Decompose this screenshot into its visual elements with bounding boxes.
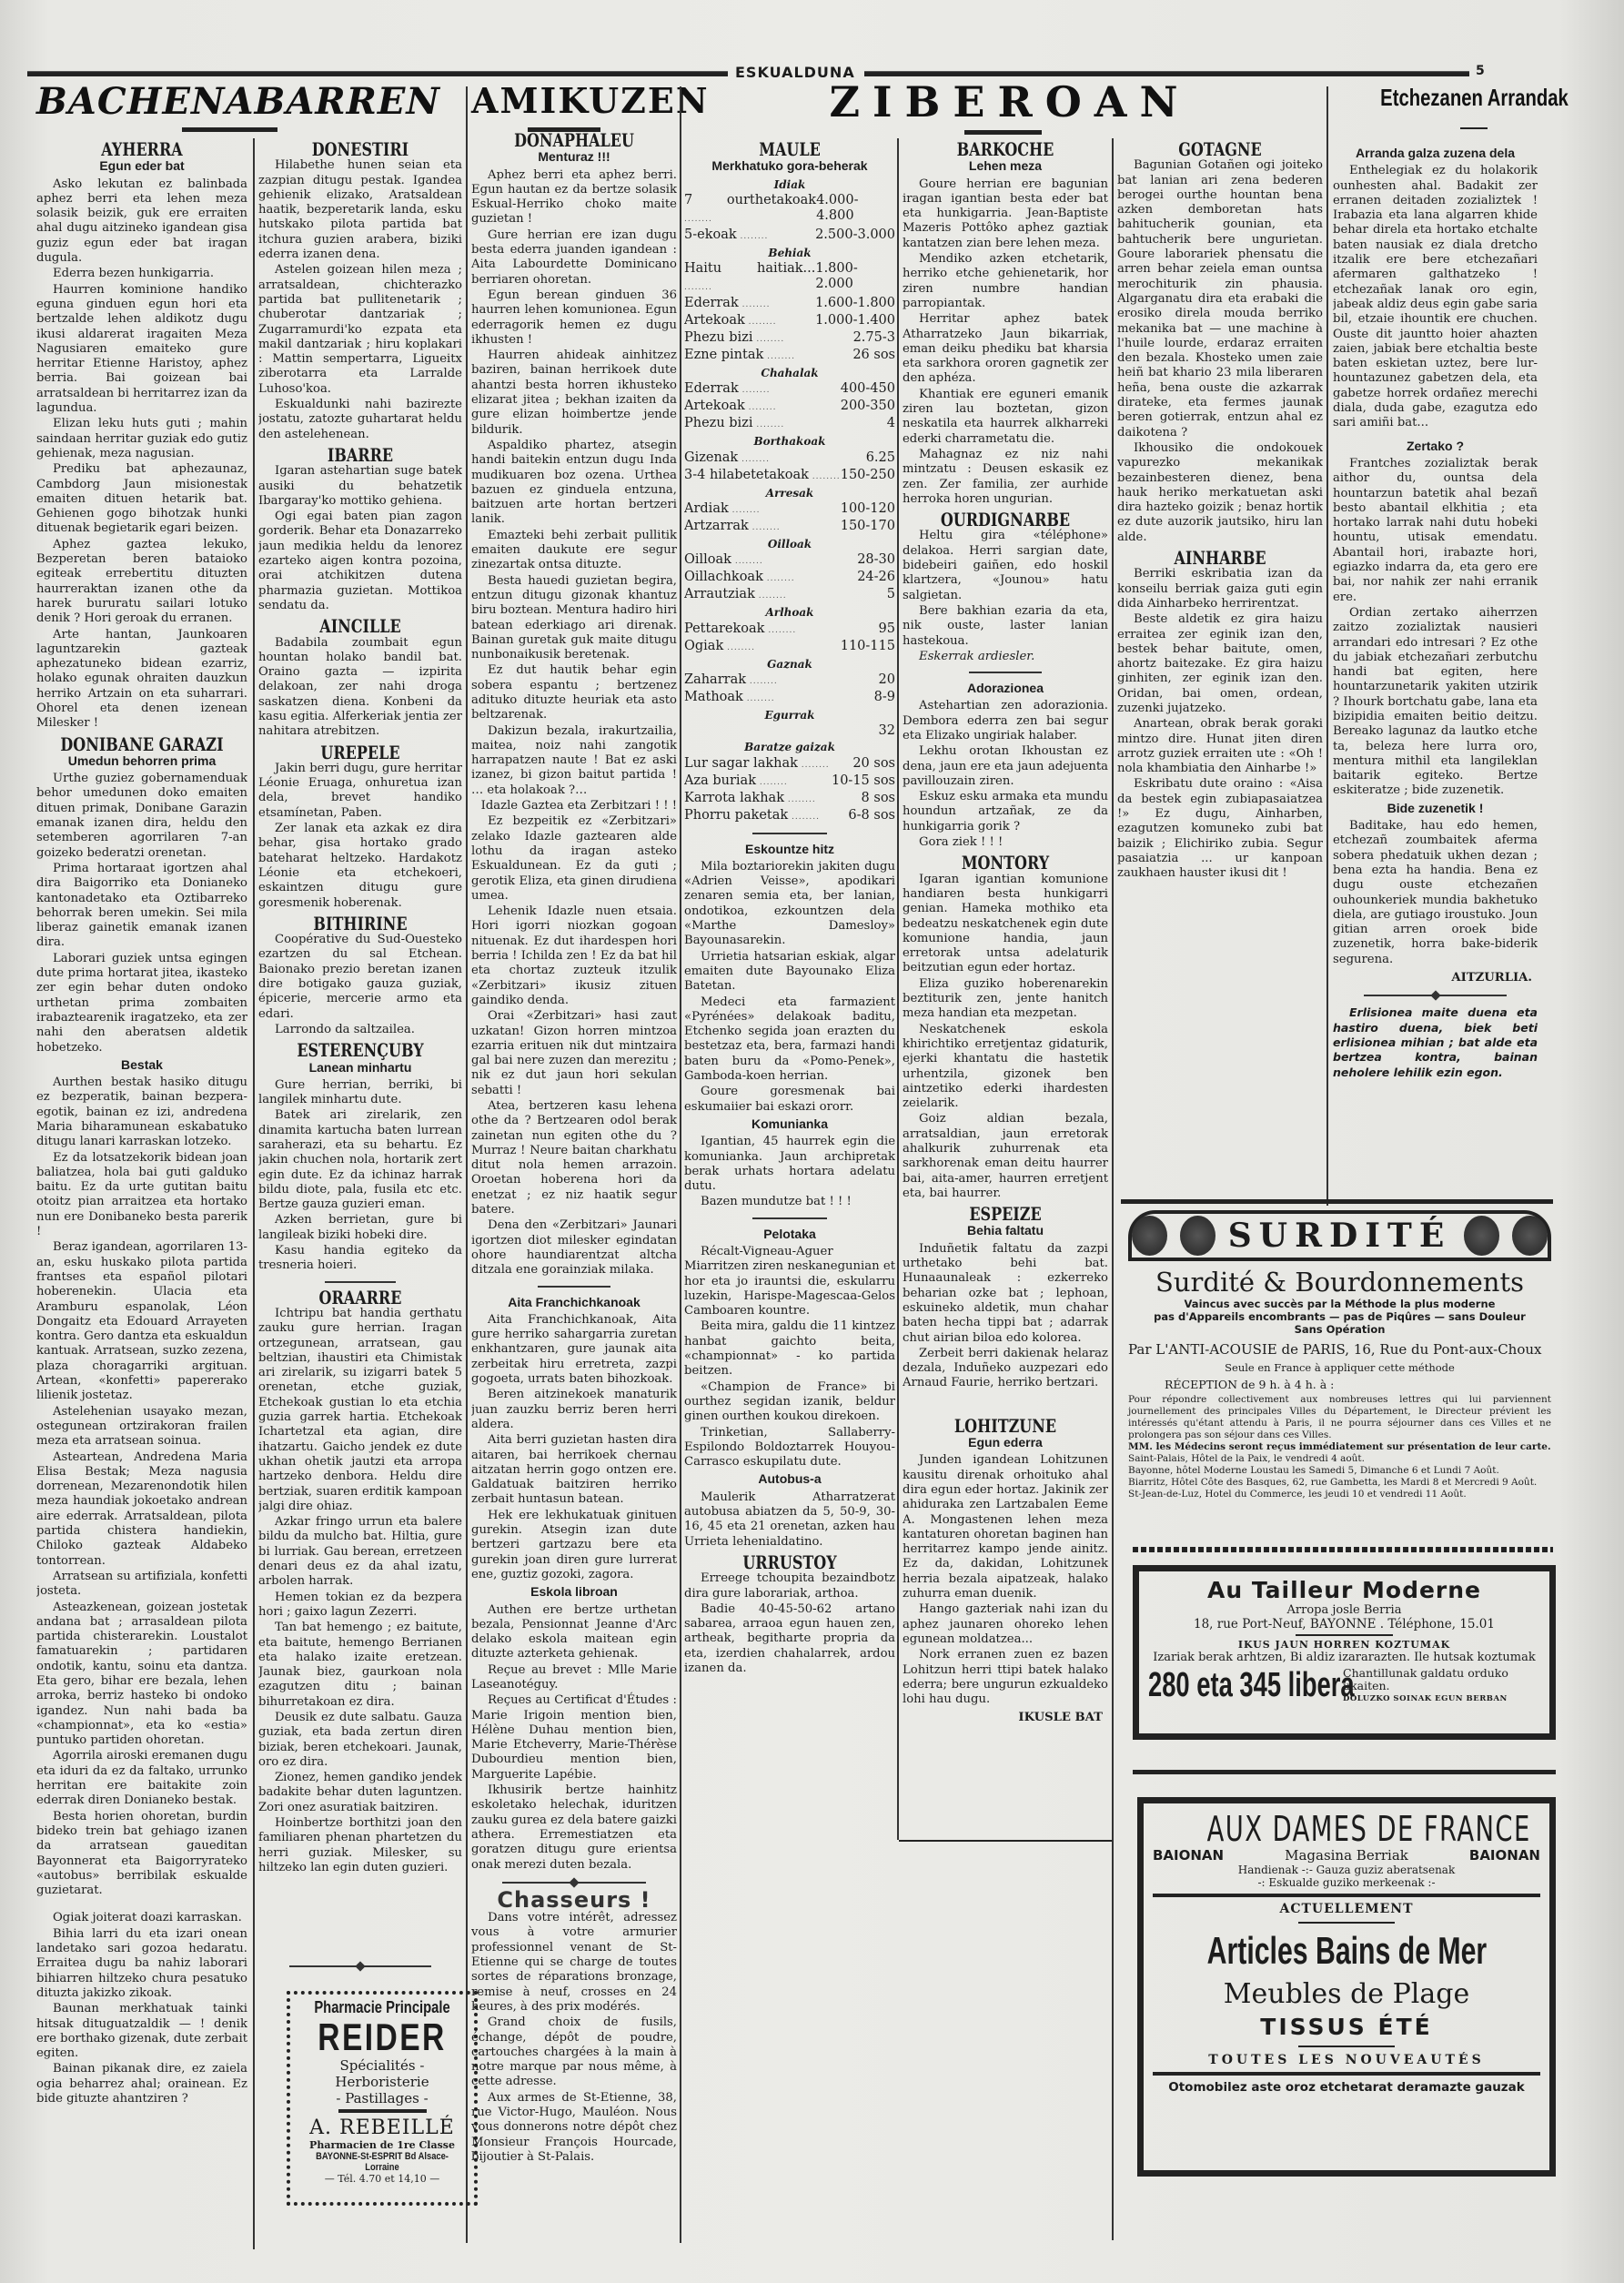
paragraph: Arte hantan, Jaunkoaren laguntzarekin ga… (36, 628, 247, 732)
paragraph: Baunan merkhatuak tainki hitsak dituguat… (36, 2002, 247, 2061)
ad-body-text: Pour répondre collectivement aux nombreu… (1128, 1394, 1551, 1441)
price-value: 6.25 (866, 450, 895, 468)
price-item: Zaharrak (684, 672, 778, 690)
column-rule (1326, 86, 1328, 1206)
paragraph: Goure goresmenak bai eskumaiier bai eska… (684, 1085, 895, 1115)
article-heading-aincille: AINCILLE (278, 619, 441, 633)
paragraph: Besta horien ohoretan, burdin bideko tre… (36, 1810, 247, 1899)
ad-tailleur-moderne: Au Tailleur Moderne Arropa josle Berria … (1133, 1565, 1556, 1740)
paragraph: Ederra bezen hunkigarria. (36, 267, 247, 281)
paragraph: Mila boztariorekin jakiten dugu «Adrien … (684, 860, 895, 949)
masthead-rule-left (27, 71, 728, 76)
paragraph: Batek ari zirelarik, zen dinamita kartuc… (258, 1108, 462, 1212)
price-row: Ezne pintak26 sos (684, 348, 895, 365)
paragraph: Asteazkenean, goizean jostetak andana ba… (36, 1601, 247, 1749)
paragraph: Igantian, 45 haurrek egin die komunianka… (684, 1135, 895, 1194)
paragraph: Dakizun bezala, irakurtzailia, maitea, n… (471, 724, 677, 798)
paragraph: Reçues au Certificat d'Études : Marie Ir… (471, 1693, 677, 1783)
ad-line: Seule en France à appliquer cette méthod… (1128, 1361, 1551, 1374)
article-heading-autobusa: Autobus-a (684, 1471, 895, 1486)
price-row: 32 (684, 723, 895, 739)
ad-divider-wrap (258, 1956, 462, 1984)
price-item: Artekoak (684, 399, 777, 416)
decorative-orb-icon (1180, 1216, 1215, 1256)
price-value: 1.000-1.400 (815, 313, 895, 330)
masthead-rule-right (864, 71, 1469, 76)
ornamental-divider (289, 1965, 432, 1967)
paragraph: Asteartean, Andredena Maria Elisa Bestak… (36, 1450, 247, 1569)
ad-line: TOUTES LES NOUVEAUTÉS (1153, 2053, 1540, 2067)
price-group-heading: Borthakoak (684, 434, 895, 449)
paragraph: Igaran astehartian suge batek ausiki du … (258, 464, 462, 509)
price-row: Ederrak1.600-1.800 (684, 296, 895, 313)
ad-body: Pour répondre collectivement aux nombreu… (1128, 1394, 1551, 1500)
article-heading-aita: Aita Franchichkanoak (471, 1295, 677, 1309)
price-group-heading: Oilloak (684, 537, 895, 551)
price-group-heading: Gaznak (684, 657, 895, 672)
ad-line: ACTUELLEMENT (1153, 1902, 1540, 1916)
column-etchezanen: Arranda galza zuzena dela Enthelegiak ez… (1333, 136, 1538, 1192)
paragraph: Azkar fringo urrun eta balere bildu da m… (258, 1515, 462, 1589)
paragraph: Eskribatu dute oraino : «Aisa da bestek … (1117, 777, 1323, 881)
paragraph: Medeci eta farmazient «Pyrénées» delakoa… (684, 995, 895, 1085)
price-item: Mathoak (684, 690, 775, 707)
price-item: Lur sagar lakhak (684, 756, 830, 773)
article-heading-bithirine: BITHIRINE (278, 916, 441, 931)
price-group-heading: Arlhoak (684, 605, 895, 620)
ad-line: Pharmacien de 1re Classe (294, 2139, 470, 2151)
title-rule (182, 127, 277, 132)
price-group-heading: Arresak (684, 486, 895, 500)
paragraph: Lekhu orotan Ikhoustan ez dena, jaun ere… (903, 744, 1108, 789)
ad-line: Sans Opération (1128, 1323, 1551, 1336)
price-item: Ogiak (684, 639, 755, 656)
region-title-ziberoan: ZIBEROAN (691, 77, 1328, 126)
price-value: 5 (887, 587, 895, 604)
column-rule (680, 86, 681, 2243)
column-ziberoan-barkoche: BARKOCHE Lehen meza Goure herrian ere ba… (903, 136, 1108, 2229)
ornamental-divider (1364, 995, 1508, 996)
price-value: 1.600-1.800 (815, 296, 895, 313)
ad-line: Spécialités - Herboristerie (294, 2057, 470, 2090)
title-rule (964, 130, 1042, 135)
price-row: Mathoak8-9 (684, 690, 895, 707)
paragraph: Ez da lotsatzekorik bidean joan baliatze… (36, 1151, 247, 1240)
price-row: Aza buriak10-15 sos (684, 773, 895, 791)
ad-aux-dames-de-france: AUX DAMES DE FRANCE BAIONAN Magasina Ber… (1137, 1797, 1556, 2177)
ad-brand: REIDER (311, 2017, 452, 2057)
paragraph: Eskuz esku armaka eta mundu houndun artz… (903, 790, 1108, 834)
ad-title: AUX DAMES DE FRANCE (1207, 1809, 1487, 1849)
column-bachenabarren-2: DONESTIRI Hilabethe hunen seian eta zazp… (258, 136, 462, 1984)
ad-line: pas d'Appareils encombrants — pas de Piq… (1128, 1310, 1551, 1323)
ad-line: - Pastillages - (294, 2090, 470, 2106)
paragraph: Beraz igandean, agorrilaren 13-an, esku … (36, 1240, 247, 1403)
article-heading-adorazionea: Adorazionea (903, 681, 1108, 695)
article-heading-urrustoy: URRUSTOY (705, 1555, 874, 1570)
section-divider (969, 672, 1041, 673)
signature: IKUSLE BAT (903, 1711, 1103, 1725)
paragraph: Dena den «Zerbitzari» Jaunari igortzen d… (471, 1218, 677, 1278)
price-value: 10-15 sos (832, 773, 895, 791)
price-value: 100-120 (841, 501, 895, 519)
price-item: Gizenak (684, 450, 770, 468)
ad-address: Par L'ANTI-ACOUSIE de PARIS, 16, Rue du … (1128, 1341, 1551, 1358)
paragraph: Urrietia hatsarian eskiak, algar emaiten… (684, 950, 895, 995)
price-group-heading: Chahalak (684, 366, 895, 380)
price-row: Artzarrak150-170 (684, 519, 895, 536)
ad-shop: Magasina Berriak (1285, 1847, 1408, 1864)
paragraph: Beita mira, galdu die 11 kintzez hanbat … (684, 1319, 895, 1379)
article-subheading: Behia faltatu (903, 1223, 1108, 1237)
price-item: 3-4 hilabetetakoak (684, 468, 841, 485)
price-item: Ezne pintak (684, 348, 795, 365)
ad-address: 18, rue Port-Neuf, BAYONNE . Téléphone, … (1148, 1617, 1540, 1631)
price-item: Pettarekoak (684, 621, 796, 639)
price-item: 7 ourthetakoak (684, 193, 816, 227)
ad-rule (1153, 2072, 1540, 2076)
signature: Eskerrak ardiesler. (903, 650, 1108, 664)
ad-price: 280 eta 345 libera (1148, 1666, 1318, 1705)
ad-line: Chantillunak galdatu orduko ukaiten. (1343, 1667, 1540, 1692)
paragraph: Goiz aldian bezala, arratsaldian, jaun e… (903, 1112, 1108, 1201)
price-value: 32 (879, 723, 895, 739)
price-row: 5-ekoak2.500-3.000 (684, 227, 895, 245)
paragraph: Astelehenian usayako mezan, ostegunean o… (36, 1405, 247, 1450)
price-value: 28-30 (857, 552, 895, 570)
price-value: 4 (887, 416, 895, 433)
column-amikuzen: DONAPHALEU Menturaz !!! Aphez berri eta … (471, 127, 677, 2248)
paragraph: Arratsean su artifiziala, konfetti joste… (36, 1570, 247, 1600)
price-row: 7 ourthetakoak4.000-4.800 (684, 193, 895, 227)
price-row: Ardiak100-120 (684, 501, 895, 519)
price-item: Phezu bizi (684, 330, 784, 348)
article-heading-eskola: Eskola libroan (471, 1584, 677, 1599)
ad-side: Chantillunak galdatu orduko ukaiten. DOL… (1343, 1667, 1540, 1705)
price-item: Ardiak (684, 501, 761, 519)
price-value: 6-8 sos (848, 808, 895, 825)
market-price-table: Idiak7 ourthetakoak4.000-4.8005-ekoak2.5… (684, 177, 895, 825)
paragraph: Goure herrian ere bagunian iragan iganti… (903, 177, 1108, 251)
paragraph: Aurthen bestak hasiko ditugu ez bezperat… (36, 1076, 247, 1149)
paragraph: Beren aitzinekoek manaturik juan zauzku … (471, 1388, 677, 1432)
paragraph: Ikhusirik bertze hainhitz eskoletako hel… (471, 1783, 677, 1873)
paragraph: Emazteki behi zerbait pullitik emaiten d… (471, 529, 677, 573)
article-heading-zertako: Zertako ? (1333, 439, 1538, 453)
ad-schedule-item: St-Jean-de-Luz, Hotel du Commerce, les j… (1128, 1489, 1551, 1500)
price-group-heading: Idiak (684, 177, 895, 192)
paragraph: Hango gazteriak nahi izan du aphez jauna… (903, 1602, 1108, 1647)
ad-line: Pharmacie Principale (309, 1998, 454, 2017)
article-subheading: Lanean minhartu (258, 1060, 462, 1075)
price-value: 110-115 (841, 639, 895, 656)
paragraph: Bere bakhian ezaria da eta, nik ouste, l… (903, 604, 1108, 649)
article-heading-arranda: Arranda galza zuzena dela (1333, 146, 1538, 160)
price-item: Phezu bizi (684, 416, 784, 433)
price-value: 1.800-2.000 (815, 261, 895, 296)
decorative-orb-icon (1464, 1216, 1499, 1256)
ad-surdite: SURDITÉ Surdité & Bourdonnements Vaincus… (1128, 1210, 1551, 1500)
price-item: Artzarrak (684, 519, 781, 536)
price-value: 26 sos (852, 348, 895, 365)
column-ziberoan-maule: MAULE Merkhatuko gora-beherak Idiak7 our… (684, 136, 895, 2229)
dashed-rule (1133, 1547, 1553, 1552)
paragraph: Baditake, hau edo hemen, etchezañ zoumba… (1333, 819, 1538, 967)
paragraph: Khantiak ere eguneri emanik ziren lau bo… (903, 388, 1108, 447)
column-rule (1112, 138, 1114, 2240)
article-heading-bide: Bide zuzenetik ! (1333, 801, 1538, 815)
paragraph: Aspaldiko phartez, atsegin handi baiteki… (471, 439, 677, 528)
paragraph: Maulerik Atharratzerat autobusa abiatzen… (684, 1490, 895, 1550)
paragraph: Igaran igantian komunione handiaren best… (903, 873, 1108, 976)
section-divider (538, 1286, 610, 1288)
paragraph: Egun berean ginduen 36 haurren lehen kom… (471, 288, 677, 348)
paragraph: Astehartian zen adorazionia. Dembora ede… (903, 699, 1108, 743)
paragraph: Ez dut hautik behar egin sobera espantu … (471, 663, 677, 722)
price-item: Ederrak (684, 381, 771, 399)
price-item: Artekoak (684, 313, 777, 330)
ad-heading-chasseurs: Chasseurs ! (471, 1893, 677, 1907)
price-row: Phezu bizi2.75-3 (684, 330, 895, 348)
price-item: Ederrak (684, 296, 771, 313)
paragraph: Larrondo da saltzailea. (258, 1023, 462, 1037)
ad-city: BAIONAN (1153, 1847, 1224, 1864)
article-heading-montory: MONTORY (923, 855, 1088, 870)
price-group-heading: Baratze gaizak (684, 740, 895, 754)
article-heading-ainharbe: AINHARBE (1138, 551, 1303, 565)
price-value: 20 (879, 672, 895, 690)
ad-rule (1296, 1634, 1394, 1636)
paragraph: Aphez gaztea lekuko, Bezperetan beren ba… (36, 538, 247, 627)
price-row: Haitu haitiak...1.800-2.000 (684, 261, 895, 296)
paragraph: Haurren kominione handiko eguna ginduen … (36, 283, 247, 417)
article-heading-espeize: ESPEIZE (923, 1207, 1088, 1221)
paragraph: Hek ere lekhukatuak ginituen gurekin. At… (471, 1509, 677, 1582)
paragraph: Neskatchenek eskola khirichtiko erretjen… (903, 1023, 1108, 1112)
ad-line: Arropa josle Berria (1148, 1603, 1540, 1617)
region-title-amikuzen: AMIKUZEN (471, 80, 681, 121)
article-subheading: Lehen meza (903, 158, 1108, 173)
paragraph: Mahagnaz ez niz nahi mintzatu : Deusen e… (903, 448, 1108, 507)
price-row: Artekoak200-350 (684, 399, 895, 416)
paragraph: Grand choix de fusils, échange, dépôt de… (471, 2015, 677, 2089)
price-row: Oilloak28-30 (684, 552, 895, 570)
page-number: 5 (1476, 64, 1485, 78)
paragraph: Prima hortaraat igortzen ahal dira Baigo… (36, 862, 247, 951)
paragraph: Atea, bertzeren kasu lehena othe da ? Be… (471, 1099, 677, 1217)
paragraph: Erreege tchoupita bezaindbotz dira gure … (684, 1571, 895, 1601)
paragraph: Ogi egai baten pian zagon gorderik. Beha… (258, 510, 462, 613)
paragraph: Junden igandean Lohitzunen kausitu diren… (903, 1453, 1108, 1601)
paragraph: Anartean, obrak berak goraki mintzo dire… (1117, 717, 1323, 776)
section-rule (1121, 1199, 1553, 1204)
ad-title: Au Tailleur Moderne (1148, 1577, 1540, 1603)
ad-line: DOLUZKO SOINAK EGUN BERBAN (1343, 1692, 1540, 1705)
paragraph: Ichtripu bat handia gerthatu zauku gure … (258, 1307, 462, 1514)
paragraph: Hilabethe hunen seian eta zazpian ditugu… (258, 158, 462, 262)
price-item: Phorru paketak (684, 808, 820, 825)
price-row: 3-4 hilabetetakoak150-250 (684, 468, 895, 485)
paragraph: Orai «Zerbitzari» hasi zaut uzkatan! Giz… (471, 1009, 677, 1098)
section-divider (752, 833, 826, 834)
paragraph: Induñetik faltatu da zazpi urthetako beh… (903, 1242, 1108, 1346)
paragraph: Berriki eskribatia izan da konseilu berr… (1117, 567, 1323, 611)
article-subheading-bestak: Bestak (36, 1057, 247, 1072)
article-heading-eskountze: Eskountze hitz (684, 842, 895, 856)
decorative-orb-icon (1132, 1216, 1167, 1256)
article-heading-donaphaleu: DONAPHALEU (492, 133, 657, 147)
price-item: Haitu haitiak... (684, 261, 815, 296)
ad-headline: Meubles de Plage (1153, 1978, 1540, 2010)
price-row: Phorru paketak6-8 sos (684, 808, 895, 825)
decorative-orb-icon (1512, 1216, 1548, 1256)
paragraph: Zionez, hemen gandiko jendek badakite be… (258, 1771, 462, 1815)
price-row: Lur sagar lakhak20 sos (684, 756, 895, 773)
paragraph: Badie 40-45-50-62 artano sabarea, arraoa… (684, 1602, 895, 1676)
paragraph: Lehenik Idazle nuen etsaia. Hori igorri … (471, 904, 677, 1008)
ad-banner: SURDITÉ (1128, 1210, 1551, 1261)
paragraph: Aita berri guzietan hasten dira aitaren,… (471, 1433, 677, 1507)
ad-line: Otomobilez aste oroz etchetarat deramazt… (1153, 2080, 1540, 2095)
ad-phone: — Tél. 4.70 et 14,10 — (294, 2173, 470, 2185)
ad-rule (1298, 2046, 1396, 2047)
paragraph: Aita Franchichkanoak, Aita gure herriko … (471, 1313, 677, 1387)
article-heading-donibane: DONIBANE GARAZI (57, 737, 227, 752)
paragraph: Nork erranen zuen ez bazen Lohitzun herr… (903, 1648, 1108, 1707)
price-item: Arrautziak (684, 587, 787, 604)
column-bachenabarren-1: AYHERRA Egun eder bat Asko lekutan ez ba… (36, 136, 247, 2257)
article-subheading: Menturaz !!! (471, 149, 677, 164)
paragraph: Deusik ez dute salbatu. Gauza guziak, et… (258, 1711, 462, 1770)
region-title-bachenabarren: BACHENABARREN (36, 80, 437, 123)
article-heading-barkoche: BARKOCHE (923, 142, 1088, 157)
ad-owner: A. REBEILLÉ (294, 2116, 470, 2139)
paragraph: Mendiko azken etchetarik, herriko etche … (903, 252, 1108, 311)
ad-city: BAIONAN (1469, 1847, 1540, 1864)
ad-body-text: MM. les Médecins seront reçus immédiatem… (1128, 1441, 1551, 1453)
price-group-heading: Egurrak (684, 708, 895, 722)
paragraph: Reçue au brevet : Mlle Marie Laseanotégu… (471, 1663, 677, 1693)
paragraph: Dans votre intérêt, adressez vous à votr… (471, 1911, 677, 2015)
paragraph: Badabila zoumbait egun hountan holako ba… (258, 636, 462, 740)
paragraph: Récalt-Vigneau-Aguer Miarritzen ziren ne… (684, 1245, 895, 1318)
paragraph: Eskualdunki nahi bazirezte jostatu, zato… (258, 398, 462, 442)
ad-headline: Articles Bains de Mer (1207, 1929, 1487, 1973)
price-value: 150-170 (841, 519, 895, 536)
price-value: 400-450 (841, 381, 895, 399)
paragraph: Astelen goizean hilen meza ; arratsaldea… (258, 263, 462, 397)
price-row: Artekoak1.000-1.400 (684, 313, 895, 330)
price-row: Pettarekoak95 (684, 621, 895, 639)
ad-line: -: Eskualde guziko merkeenak :- (1153, 1876, 1540, 1889)
signature: AITZURLIA. (1333, 971, 1532, 985)
paragraph: Hemen tokian ez da bezpera hori ; gaixo … (258, 1591, 462, 1621)
ad-bottom-row: 280 eta 345 libera Chantillunak galdatu … (1148, 1666, 1540, 1705)
paragraph: Tan bat hemengo ; ez baitute, eta baitut… (258, 1621, 462, 1710)
price-row: Ogiak110-115 (684, 639, 895, 656)
ad-line: Izariak berak arhtzen, Bi aldiz izararaz… (1148, 1651, 1540, 1664)
column-rule (466, 86, 468, 2243)
paragraph: Coopérative du Sud-Ouesteko ezartzen du … (258, 933, 462, 1022)
paragraph: Bagunian Gotañen ogi joiteko bat lanian … (1117, 158, 1323, 440)
ad-schedule-item: Saint-Palais, Hôtel de la Paix, le vendr… (1128, 1453, 1551, 1465)
price-item: 5-ekoak (684, 227, 768, 245)
title-rule (1460, 127, 1488, 129)
paragraph: Kasu handia egiteko da tresneria hoieri. (258, 1244, 462, 1274)
paragraph: Gora ziek ! ! ! (903, 835, 1108, 850)
price-group-heading: Behiak (684, 246, 895, 260)
article-heading-lohitzune: LOHITZUNE (923, 1419, 1088, 1433)
paragraph: Prediku bat aphezaunaz, Cambdorg Jaun mi… (36, 462, 247, 536)
paragraph: Ogiak joiterat doazi karraskan. (36, 1911, 247, 1925)
ad-schedule-item: Biarritz, Hôtel Côte des Basques, 62, ru… (1128, 1477, 1551, 1489)
paragraph: Zer lanak eta azkak ez dira behar, gisa … (258, 822, 462, 911)
paragraph: Bazen mundutze bat ! ! ! (684, 1195, 895, 1209)
paragraph: Herritar aphez batek Atharratzeko Jaun b… (903, 312, 1108, 386)
price-value: 20 sos (852, 756, 895, 773)
quote: Erlisionea maite duena eta hastiro duena… (1333, 1005, 1538, 1079)
paragraph: Heltu gira «téléphone» delakoa. Herri sa… (903, 529, 1108, 602)
price-value: 2.500-3.000 (815, 227, 895, 245)
ad-banner-text: SURDITÉ (1228, 1217, 1452, 1255)
ad-headline: TISSUS ÉTÉ (1153, 2014, 1540, 2040)
article-heading-ibarre: IBARRE (278, 448, 441, 462)
ornamental-divider (502, 1882, 646, 1884)
paragraph: Ez bezpeitik ez «Zerbitzari» zelako Idaz… (471, 814, 677, 904)
newspaper-page: ESKUALDUNA 5 BACHENABARREN AMIKUZEN ZIBE… (0, 0, 1624, 2283)
price-item: Oillachkoak (684, 570, 795, 587)
paragraph: Authen ere bertze urthetan bezala, Pensi… (471, 1603, 677, 1662)
paragraph: Trinketian, Sallaberry-Espilondo Boldozt… (684, 1426, 895, 1470)
price-value: 8 sos (862, 791, 895, 808)
price-value: 8-9 (874, 690, 895, 707)
paragraph: Jakin berri dugu, gure herritar Léonie E… (258, 762, 462, 821)
price-row: Karrota lakhak8 sos (684, 791, 895, 808)
section-rule (1133, 1770, 1556, 1774)
price-value: 95 (879, 621, 895, 639)
paragraph: Elizan leku huts guti ; mahin saindaan h… (36, 417, 247, 461)
paragraph: Laborari guziek untsa egingen dute prima… (36, 952, 247, 1056)
article-heading-urepele: UREPELE (278, 745, 441, 760)
paragraph: Besta hauedi guzietan begira, entzun dit… (471, 574, 677, 663)
paragraph: Ordian zertako aiherrzen zaitzo zozializ… (1333, 606, 1538, 799)
paragraph: Aphez berri eta aphez berri. Egun hautan… (471, 168, 677, 227)
section-divider (752, 1217, 826, 1219)
price-item: Aza buriak (684, 773, 788, 791)
ad-rule (338, 2109, 427, 2113)
price-item: Karrota lakhak (684, 791, 816, 808)
ad-reception: RÉCEPTION de 9 h. à 4 h. à : (1128, 1378, 1551, 1391)
ad-line: Handienak -:- Gauza guziz aberatsenak (1153, 1864, 1540, 1876)
price-value: 24-26 (857, 570, 895, 587)
article-heading-pelotaka: Pelotaka (684, 1227, 895, 1241)
paragraph: Enthelegiak ez du holakorik ounhesten ah… (1333, 164, 1538, 430)
price-value: 150-250 (841, 468, 895, 485)
price-row: Oillachkoak24-26 (684, 570, 895, 587)
paragraph: «Champion de France» bi ourthez segidan … (684, 1380, 895, 1425)
paragraph: Ikhousiko die ondokouek vapurezko mekani… (1117, 441, 1323, 545)
ad-title: Surdité & Bourdonnements (1128, 1267, 1551, 1298)
column-ziberoan-gotagne: GOTAGNE Bagunian Gotañen ogi joiteko bat… (1117, 136, 1323, 1192)
article-subheading: Merkhatuko gora-beherak (684, 158, 895, 173)
paragraph: Azken berrietan, gure bi langileak bizik… (258, 1213, 462, 1243)
article-heading-donestiri: DONESTIRI (278, 142, 441, 157)
price-value: 200-350 (841, 399, 895, 416)
ad-schedule-item: Bayonne, hôtel Moderne Loustau les Samed… (1128, 1465, 1551, 1477)
ad-rule (1298, 1922, 1396, 1924)
price-row: Ederrak400-450 (684, 381, 895, 399)
ad-row: BAIONAN Magasina Berriak BAIONAN (1153, 1847, 1540, 1864)
